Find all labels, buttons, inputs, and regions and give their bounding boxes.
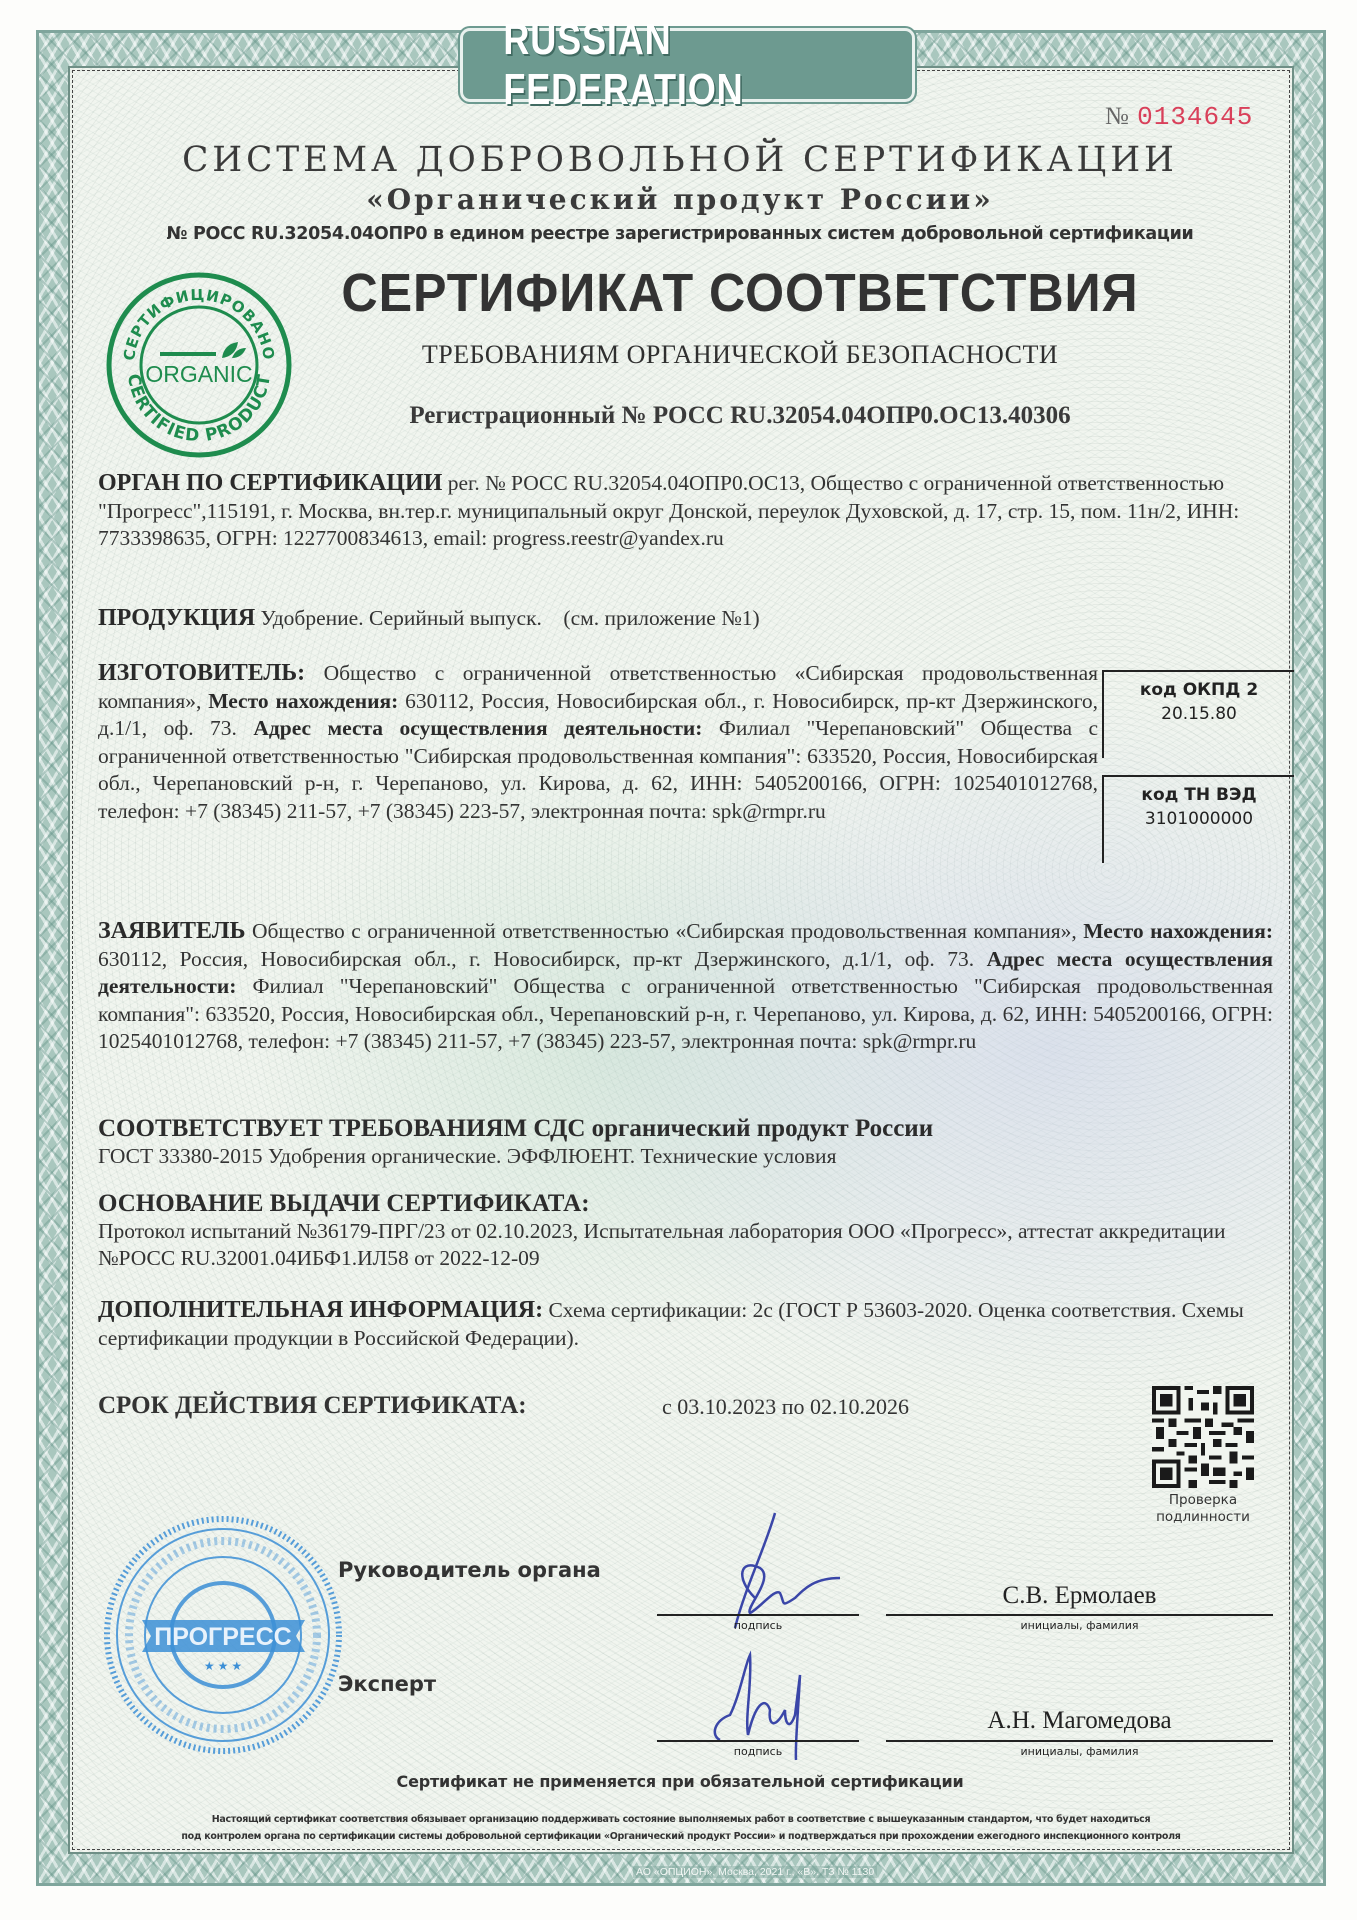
- applicant-location: 630112, Россия, Новосибирская обл., г. Н…: [98, 947, 974, 971]
- footer-note-line1: Настоящий сертификат соответствия обязыв…: [76, 1811, 1286, 1828]
- not-mandatory-notice: Сертификат не применяется при обязательн…: [100, 1772, 1260, 1791]
- conformity-standard: ГОСТ 33380-2015 Удобрения органические. …: [98, 1143, 1273, 1171]
- manufacturer-activity-label: Адрес места осуществления деятельности:: [253, 716, 702, 740]
- conformity-label: СООТВЕТСТВУЕТ ТРЕБОВАНИЯМ СДС органическ…: [98, 1115, 1273, 1143]
- okpd2-value: 20.15.80: [1104, 704, 1294, 724]
- footer-obligation-note: Настоящий сертификат соответствия обязыв…: [76, 1811, 1286, 1845]
- qr-caption: Проверка подлинности: [1130, 1492, 1276, 1526]
- validity-period: с 03.10.2023 по 02.10.2026: [662, 1394, 909, 1420]
- svg-text:★ ★ ★: ★ ★ ★: [204, 1659, 242, 1673]
- certificate-serial-number: № 0134645: [1105, 102, 1253, 132]
- product-label: ПРОДУКЦИЯ: [98, 605, 255, 631]
- product-text: Удобрение. Серийный выпуск. (см. приложе…: [261, 606, 760, 630]
- manufacturer-label: ИЗГОТОВИТЕЛЬ:: [98, 660, 305, 686]
- serial-number-value: 0134645: [1137, 102, 1253, 132]
- tnved-value: 3101000000: [1104, 809, 1294, 829]
- certificate-subtitle: ТРЕБОВАНИЯМ ОРГАНИЧЕСКОЙ БЕЗОПАСНОСТИ: [300, 340, 1180, 370]
- registration-number: Регистрационный № РОСС RU.32054.04ОПР0.О…: [300, 402, 1180, 430]
- footer-note-line2: под контролем органа по сертификации сис…: [76, 1828, 1286, 1845]
- manufacturer-section: ИЗГОТОВИТЕЛЬ: Общество с ограниченной от…: [98, 660, 1098, 825]
- name-caption-expert: инициалы, фамилия: [886, 1745, 1273, 1758]
- certificate-title: СЕРТИФИКАТ СООТВЕТСТВИЯ: [331, 262, 1149, 324]
- signer-role-expert: Эксперт: [338, 1672, 436, 1696]
- printer-mark: АО «ОПЦИОН», Москва, 2021 г., «В». ТЗ № …: [633, 1866, 877, 1878]
- basis-label: ОСНОВАНИЕ ВЫДАЧИ СЕРТИФИКАТА:: [98, 1190, 1273, 1218]
- qr-caption-line2: подлинности: [1130, 1509, 1276, 1526]
- conformity-section: СООТВЕТСТВУЕТ ТРЕБОВАНИЯМ СДС органическ…: [98, 1115, 1273, 1170]
- svg-text:ORGANIC: ORGANIC: [145, 361, 252, 387]
- certification-body-label: ОРГАН ПО СЕРТИФИКАЦИИ: [98, 470, 442, 496]
- applicant-contacts: телефон: +7 (38345) 211-57, +7 (38345) 2…: [249, 1029, 977, 1053]
- svg-text:ПРОГРЕСС: ПРОГРЕСС: [154, 1623, 291, 1651]
- basis-text: Протокол испытаний №36179-ПРГ/23 от 02.1…: [98, 1218, 1273, 1273]
- country-badge-text: RUSSIAN FEDERATION: [503, 15, 871, 115]
- signature-line-head: [657, 1614, 859, 1616]
- manufacturer-location-label: Место нахождения:: [208, 689, 398, 713]
- additional-info-label: ДОПОЛНИТЕЛЬНАЯ ИНФОРМАЦИЯ:: [98, 1297, 543, 1323]
- applicant-label: ЗАЯВИТЕЛЬ: [98, 918, 245, 944]
- validity-label: СРОК ДЕЙСТВИЯ СЕРТИФИКАТА:: [98, 1392, 527, 1420]
- certification-body-section: ОРГАН ПО СЕРТИФИКАЦИИ рег. № РОСС RU.320…: [98, 470, 1273, 553]
- name-line-head: [886, 1614, 1273, 1616]
- qr-caption-line1: Проверка: [1130, 1492, 1276, 1509]
- okpd2-code-box: код ОКПД 2 20.15.80: [1102, 670, 1294, 758]
- progress-seal-icon: ПРОГРЕСС ★ ★ ★: [100, 1512, 346, 1758]
- country-badge: RUSSIAN FEDERATION: [460, 28, 915, 102]
- additional-info-section: ДОПОЛНИТЕЛЬНАЯ ИНФОРМАЦИЯ: Схема сертифи…: [98, 1297, 1273, 1352]
- qr-code-icon[interactable]: [1152, 1386, 1254, 1488]
- product-section: ПРОДУКЦИЯ Удобрение. Серийный выпуск. (с…: [98, 605, 1273, 633]
- name-line-expert: [886, 1740, 1273, 1742]
- okpd2-label: код ОКПД 2: [1104, 680, 1294, 700]
- signature-line-expert: [657, 1740, 859, 1742]
- applicant-location-label: Место нахождения:: [1083, 919, 1273, 943]
- certification-system-registry: № РОСС RU.32054.04ОПР0 в едином реестре …: [150, 224, 1210, 244]
- signature-caption-head: подпись: [657, 1619, 859, 1632]
- organic-certified-stamp-icon: СЕРТИФИЦИРОВАНО CERTIFIED PRODUCT ORGANI…: [104, 270, 294, 460]
- tnved-code-box: код ТН ВЭД 3101000000: [1102, 775, 1294, 863]
- signer-role-head: Руководитель органа: [338, 1558, 601, 1582]
- applicant-name: Общество с ограниченной ответственностью…: [252, 919, 1077, 943]
- signer-name-head: С.В. Ермолаев: [886, 1582, 1273, 1610]
- certification-system-title: СИСТЕМА ДОБРОВОЛЬНОЙ СЕРТИФИКАЦИИ: [161, 140, 1200, 180]
- signature-caption-expert: подпись: [657, 1745, 859, 1758]
- manufacturer-contacts: телефон: +7 (38345) 211-57, +7 (38345) 2…: [98, 799, 826, 823]
- certification-system-name: «Органический продукт России»: [150, 183, 1210, 216]
- tnved-label: код ТН ВЭД: [1104, 785, 1294, 805]
- signer-name-expert: А.Н. Магомедова: [886, 1707, 1273, 1735]
- applicant-section: ЗАЯВИТЕЛЬ Общество с ограниченной ответс…: [98, 918, 1273, 1056]
- number-sign: №: [1105, 103, 1130, 130]
- basis-section: ОСНОВАНИЕ ВЫДАЧИ СЕРТИФИКАТА: Протокол и…: [98, 1190, 1273, 1273]
- name-caption-head: инициалы, фамилия: [886, 1619, 1273, 1632]
